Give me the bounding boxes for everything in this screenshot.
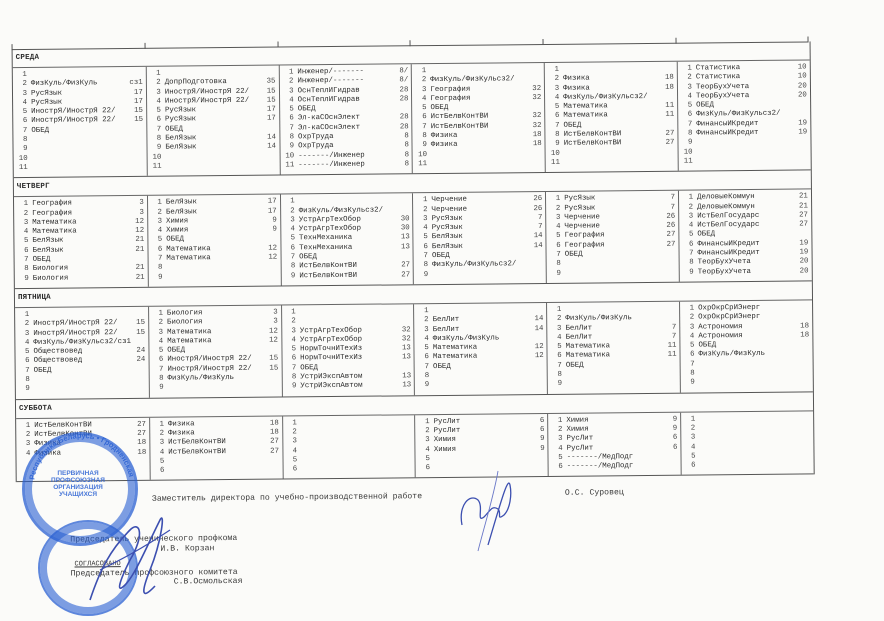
lesson-number: 3 <box>683 212 693 221</box>
lesson-number: 9 <box>151 144 161 153</box>
lesson-number: 2 <box>419 316 429 325</box>
room-number: 21 <box>136 273 145 282</box>
lesson-number: 11 <box>417 160 427 169</box>
subject-name: ОБЕД <box>698 341 716 349</box>
lesson-number: 5 <box>549 103 559 112</box>
subject-name: РусЛит <box>434 427 461 435</box>
room-number: 9 <box>272 216 277 225</box>
room-number: 14 <box>267 134 276 143</box>
lesson-number: 5 <box>285 235 295 244</box>
room-number: 27 <box>270 447 279 456</box>
room-number: 12 <box>135 227 144 236</box>
lesson-number: 5 <box>151 107 161 116</box>
lesson-row: 9 <box>418 270 543 280</box>
room-number: 12 <box>535 352 544 361</box>
room-number: 3 <box>139 208 144 217</box>
lesson-number: 4 <box>684 332 694 341</box>
lesson-number: 4 <box>418 224 428 233</box>
lesson-number: 6 <box>285 244 295 253</box>
subject-name: Черчение <box>564 223 600 231</box>
lesson-number: 5 <box>18 237 28 246</box>
lesson-number: 2 <box>286 318 296 327</box>
signature-deputy <box>450 465 530 555</box>
subject-name: Черчение <box>564 213 600 221</box>
room-number: 7 <box>671 203 676 212</box>
lesson-number: 2 <box>18 210 28 219</box>
subject-name: ИностpЯ/ИностpЯ 22/ <box>33 329 117 338</box>
lesson-number: 3 <box>550 214 560 223</box>
room-number: 11 <box>668 342 677 351</box>
subject-name: ИстБелвКонтВИ <box>299 262 357 271</box>
lesson-row: 9 <box>154 383 279 393</box>
lesson-number: 9 <box>153 273 163 282</box>
room-number: 12 <box>268 254 277 263</box>
lesson-number: 2 <box>685 424 695 433</box>
room-number: 12 <box>135 218 144 227</box>
lesson-number: 4 <box>553 444 563 453</box>
lesson-number: 9 <box>284 143 294 152</box>
lesson-number: 11 <box>151 163 161 172</box>
subject-name: БелЯзык <box>32 246 63 254</box>
lesson-row: 9 <box>685 378 810 388</box>
lesson-number: 4 <box>419 335 429 344</box>
subject-name: Математика <box>167 337 211 345</box>
lesson-number: 4 <box>416 95 426 104</box>
lesson-number: 6 <box>284 115 294 124</box>
room-number: 3 <box>273 308 278 317</box>
lesson-number: 8 <box>418 261 428 270</box>
lesson-number: 9 <box>286 383 296 392</box>
room-number: 18 <box>665 83 674 92</box>
room-number: 28 <box>400 95 409 104</box>
lesson-number: 5 <box>152 236 162 245</box>
lesson-number: 2 <box>17 80 27 89</box>
subject-name: Биология <box>167 319 203 327</box>
lesson-number: 5 <box>552 343 562 352</box>
lesson-number: 8 <box>685 370 695 379</box>
lesson-number: 9 <box>19 275 29 284</box>
subject-name: БелЯзык <box>166 208 197 216</box>
lesson-number: 5 <box>683 231 693 240</box>
lesson-number: 2 <box>151 79 161 88</box>
lesson-number: 6 <box>683 240 693 249</box>
lesson-number: 9 <box>418 271 428 280</box>
lesson-row: 6 <box>686 461 811 471</box>
subject-name: Физика <box>431 141 458 149</box>
subject-name: ОБЕД <box>432 252 450 260</box>
subject-name: Черчение <box>431 196 467 204</box>
lesson-number: 10 <box>151 153 161 162</box>
lesson-number: 4 <box>154 448 164 457</box>
group-cell: 12ФизКуль/ФизКульсз13РусЯзык174РусЯзык17… <box>13 67 147 178</box>
room-number: 8/ <box>399 77 408 86</box>
lesson-number: 8 <box>20 376 30 385</box>
subject-name: Обществовед <box>34 357 83 365</box>
subject-name: Физика <box>168 420 195 428</box>
subject-name: ФизКуль/ФизКульсз2/ <box>299 206 383 215</box>
subject-name: ДопрПодготовка <box>165 78 227 87</box>
subject-name: ОБЕД <box>33 256 51 264</box>
lesson-number: 3 <box>154 439 164 448</box>
group-cell: 1Инженер/-------8/2Инженер/-------8/3Осн… <box>278 64 412 175</box>
lesson-number: 5 <box>417 104 427 113</box>
room-number: 18 <box>270 428 279 437</box>
lesson-number: 10 <box>284 152 294 161</box>
lesson-number: 6 <box>152 245 162 254</box>
subject-name: ИстБелвКонтВИ <box>168 448 226 457</box>
subject-name: ТеорБухУчета <box>698 258 751 267</box>
subject-name: География <box>32 200 72 208</box>
lesson-number: 5 <box>17 108 27 117</box>
lesson-number: 9 <box>685 379 695 388</box>
lesson-number: 6 <box>682 111 692 120</box>
subject-name: ТеорБухУчета <box>698 268 751 277</box>
lesson-number: 5 <box>684 342 694 351</box>
subject-name: ФизКуль/ФизКуль <box>31 80 98 89</box>
lesson-number: 1 <box>285 198 295 207</box>
lesson-row: 11-------/Инженер8 <box>284 160 409 170</box>
room-number: 27 <box>666 231 675 240</box>
room-number: 20 <box>798 91 807 100</box>
lesson-row: 9 <box>419 380 544 390</box>
room-number: 14 <box>267 143 276 152</box>
group-cell: 123УстрАгрТехОбор324УстрАгрТехОбор325Нор… <box>281 304 415 396</box>
room-number: 17 <box>134 88 143 97</box>
room-number: 18 <box>533 140 542 149</box>
room-number: 7 <box>538 214 543 223</box>
lesson-number: 4 <box>17 99 27 108</box>
lesson-number: 11 <box>284 161 294 170</box>
lesson-number: 3 <box>18 219 28 228</box>
lesson-number: 1 <box>549 66 559 75</box>
lesson-number: 4 <box>284 96 294 105</box>
room-number: 8/ <box>399 67 408 76</box>
subject-name: Математика <box>433 353 477 361</box>
subject-name: Астрономия <box>698 323 742 331</box>
room-number: 27 <box>401 271 410 280</box>
lesson-number: 8 <box>284 133 294 142</box>
lesson-number: 6 <box>151 116 161 125</box>
room-number: 17 <box>268 207 277 216</box>
subject-name: ИстБелвКонтВИ <box>564 130 622 139</box>
subject-name: ОБЕД <box>563 121 581 129</box>
subject-name: ФизКуль/ФизКуль <box>433 334 500 343</box>
subject-name: ИностpЯ/ИностpЯ 22/ <box>33 319 117 328</box>
subject-name: Математика <box>566 352 610 360</box>
subject-name: УстрИЭкспАвтом <box>300 373 362 382</box>
room-number: 15 <box>134 107 143 116</box>
subject-name: ДеловыеКоммун <box>697 203 755 212</box>
lesson-row: 11 <box>417 159 542 169</box>
subject-name: ОБЕД <box>31 127 49 135</box>
room-number: 20 <box>800 258 809 267</box>
lesson-number: 2 <box>152 208 162 217</box>
subject-name: Математика <box>32 218 76 226</box>
subject-name: География <box>565 232 605 240</box>
room-number: 21 <box>135 246 144 255</box>
lesson-number: 3 <box>549 84 559 93</box>
lesson-number: 1 <box>17 71 27 80</box>
lesson-number: 3 <box>285 216 295 225</box>
subject-name: ФизКуль/ФизКуль <box>698 350 765 359</box>
lesson-row: 11 <box>550 158 675 168</box>
lesson-number: 9 <box>417 141 427 150</box>
subject-name: ИностpЯ/ИностpЯ 22/ <box>31 107 115 116</box>
lesson-number: 5 <box>418 234 428 243</box>
lesson-number: 6 <box>418 243 428 252</box>
subject-name: РусЯзык <box>31 89 62 97</box>
room-number: 27 <box>799 221 808 230</box>
room-number: 7 <box>538 223 543 232</box>
subject-name: ФизКуль/ФизКульсз2/ <box>430 76 514 85</box>
subject-name: Статистика <box>696 73 740 81</box>
lesson-number: 6 <box>417 114 427 123</box>
lesson-number: 3 <box>416 86 426 95</box>
lesson-number: 1 <box>685 415 695 424</box>
room-number: 6 <box>673 434 678 443</box>
lesson-number: 10 <box>18 155 28 164</box>
subject-name: БелЯзык <box>432 233 463 241</box>
room-number: 19 <box>799 249 808 258</box>
room-number: 14 <box>535 325 544 334</box>
lesson-number: 6 <box>153 356 163 365</box>
room-number: 32 <box>402 335 411 344</box>
subject-name: Биология <box>33 274 69 282</box>
room-number: 7 <box>672 333 677 342</box>
lesson-number: 7 <box>417 123 427 132</box>
lesson-number: 5 <box>286 346 296 355</box>
group-cell: 1РусЯзык72РусЯзык73Черчение264Черчение26… <box>545 191 679 283</box>
lesson-number: 7 <box>152 255 162 264</box>
room-number: 27 <box>666 139 675 148</box>
lesson-number: 7 <box>151 125 161 134</box>
lesson-number: 3 <box>152 218 162 227</box>
subject-name: ИстБелвКонтВИ <box>564 140 622 149</box>
lesson-row: 9 <box>552 379 677 389</box>
subject-name: РусЛит <box>434 417 461 425</box>
lesson-number: 2 <box>682 74 692 83</box>
subject-name: Черчение <box>431 205 467 213</box>
room-number: 17 <box>267 106 276 115</box>
lesson-number: 8 <box>19 265 29 274</box>
room-number: 8 <box>404 142 409 151</box>
lesson-number: 10 <box>683 148 693 157</box>
room-number: 12 <box>269 327 278 336</box>
subject-name: РусЯзык <box>31 99 62 107</box>
lesson-number: 1 <box>684 304 694 313</box>
lesson-number: 3 <box>17 90 27 99</box>
lesson-number: 2 <box>283 78 293 87</box>
lesson-number: 7 <box>284 124 294 133</box>
lesson-number: 2 <box>153 319 163 328</box>
lesson-row: 9ИстБелвКонтВИ27 <box>285 271 410 281</box>
room-number: 18 <box>800 322 809 331</box>
lesson-number: 8 <box>151 135 161 144</box>
day-block: ПЯТНИЦА12ИностpЯ/ИностpЯ 22/153ИностpЯ/И… <box>15 281 813 399</box>
subject-name: ОБЕД <box>166 236 184 244</box>
lesson-number: 4 <box>685 443 695 452</box>
subject-name: БелЯзык <box>165 134 196 142</box>
subject-name: НормТочнИТехИз <box>300 354 362 363</box>
lesson-number: 9 <box>419 381 429 390</box>
lesson-number: 7 <box>419 363 429 372</box>
lesson-row: 6 <box>154 466 279 476</box>
lesson-number: 6 <box>553 463 563 472</box>
lesson-number: 1 <box>152 199 162 208</box>
room-number: 27 <box>270 438 279 447</box>
subject-name: ОснТеплИГидрав <box>298 96 360 105</box>
lesson-number: 2 <box>416 76 426 85</box>
deputy-director-label: Заместитель директора по учебно-производ… <box>152 492 422 504</box>
subject-name: Химия <box>566 425 588 433</box>
subject-name: ИстБелГосударс <box>697 221 759 230</box>
lesson-number: 5 <box>685 452 695 461</box>
room-number: 27 <box>667 240 676 249</box>
subject-name: БелЛит <box>565 324 592 332</box>
subject-name: НормТочнИТехИз <box>300 345 362 354</box>
subject-name: РусЯзык <box>432 224 463 232</box>
group-cell: 1ОхрОкрСрИЭнерг2ОхрОкрСрИЭнерг3Астрономи… <box>679 300 813 392</box>
lesson-number: 3 <box>420 436 430 445</box>
lesson-number: 1 <box>417 196 427 205</box>
lesson-number: 4 <box>152 227 162 236</box>
subject-name: Эл-каСОснЭлект <box>298 114 360 123</box>
lesson-number: 4 <box>549 94 559 103</box>
room-number: 30 <box>401 215 410 224</box>
subject-name: ОБЕД <box>298 105 316 113</box>
subject-name: БелЯзык <box>165 144 196 152</box>
subject-name: ИстБелвКонтВИ <box>431 113 489 122</box>
subject-name: Математика <box>433 344 477 352</box>
lesson-number: 1 <box>552 416 562 425</box>
room-number: 9 <box>272 226 277 235</box>
lesson-number: 7 <box>552 362 562 371</box>
room-number: 15 <box>269 355 278 364</box>
room-number: 32 <box>533 122 542 131</box>
lesson-row: 11 <box>151 162 276 172</box>
subject-name: Математика <box>566 342 610 350</box>
subject-name: ФизКуль/ФизКульсз2/ <box>696 110 780 119</box>
lesson-number: 3 <box>682 83 692 92</box>
lesson-number: 7 <box>549 122 559 131</box>
lesson-number: 1 <box>420 418 430 427</box>
lesson-number: 7 <box>20 367 30 376</box>
subject-name: -------/Инженер <box>298 151 365 160</box>
lesson-number: 5 <box>154 457 164 466</box>
lesson-number: 3 <box>419 326 429 335</box>
lesson-number: 2 <box>287 428 297 437</box>
group-cell: 12Физика183Физика184ФизКуль/ФизКульсз2/5… <box>544 62 678 173</box>
lesson-row: 9УстрИЭкспАвтом13 <box>286 382 411 392</box>
subject-name: ИностpЯ/ИностpЯ 22/ <box>165 97 249 106</box>
lesson-row: 6-------/МедПодг <box>553 462 678 472</box>
subject-name: Эл-каСОснЭлект <box>298 124 360 133</box>
room-number: 32 <box>532 85 541 94</box>
lesson-number: 3 <box>685 434 695 443</box>
lesson-number: 6 <box>20 357 30 366</box>
subject-name: Химия <box>166 227 188 235</box>
lesson-number: 3 <box>286 327 296 336</box>
subject-name: ИстБелвКонтВИ <box>431 122 489 131</box>
lesson-number: 5 <box>287 456 297 465</box>
lesson-number: 2 <box>19 320 29 329</box>
lesson-number: 6 <box>286 355 296 364</box>
subject-name: ОБЕД <box>34 366 52 374</box>
room-number: 11 <box>668 351 677 360</box>
subject-name: Биология <box>167 309 203 317</box>
lesson-number: 7 <box>684 250 694 259</box>
subject-name: ИстБелвКонтВИ <box>168 438 226 447</box>
lesson-number: 8 <box>684 259 694 268</box>
lesson-number: 10 <box>417 151 427 160</box>
lesson-number: 1 <box>287 419 297 428</box>
group-cell: 12ДопрПодготовка353ИностpЯ/ИностpЯ 22/15… <box>146 66 280 177</box>
lesson-number: 4 <box>683 222 693 231</box>
room-number: 8 <box>404 132 409 141</box>
subject-name: Статистика <box>696 64 740 72</box>
schedule-table: СРЕДА12ФизКуль/ФизКульсз13РусЯзык174РусЯ… <box>12 41 815 482</box>
group-cell: 12ФизКуль/ФизКульсз2/3География324Геогра… <box>411 63 545 174</box>
lesson-number: 4 <box>552 334 562 343</box>
subject-name: УстрАгрТехОбор <box>299 216 361 225</box>
lesson-number: 3 <box>19 329 29 338</box>
group-cell: 123456 <box>282 415 415 479</box>
subject-name: Математика <box>563 103 607 111</box>
lesson-number: 6 <box>686 462 696 471</box>
lesson-number: 1 <box>286 308 296 317</box>
lesson-number: 2 <box>684 314 694 323</box>
lesson-number: 4 <box>682 92 692 101</box>
room-number: 14 <box>534 315 543 324</box>
lesson-number: 8 <box>285 263 295 272</box>
subject-name: Биология <box>33 265 69 273</box>
lesson-number: 2 <box>551 315 561 324</box>
lesson-number: 2 <box>549 75 559 84</box>
subject-name: БелЛит <box>566 333 593 341</box>
lesson-number: 5 <box>284 106 294 115</box>
room-number: 13 <box>402 354 411 363</box>
lesson-number: 1 <box>18 200 28 209</box>
subject-name: -------/МедПодг <box>567 462 634 471</box>
subject-name: Физика <box>431 132 458 140</box>
subject-name: Инженер/------- <box>297 77 364 86</box>
subject-name: ОБЕД <box>433 363 451 371</box>
room-number: 15 <box>134 116 143 125</box>
lesson-number: 11 <box>683 158 693 167</box>
subject-name: УстрАгрТехОбор <box>299 225 361 234</box>
lesson-number: 8 <box>551 260 561 269</box>
room-number: 21 <box>799 202 808 211</box>
group-cell: 1Физика182Физика183ИстБелвКонтВИ274ИстБе… <box>149 416 282 480</box>
room-number: 26 <box>666 222 675 231</box>
room-number: 19 <box>798 129 807 138</box>
lesson-number: 6 <box>684 351 694 360</box>
room-number: 20 <box>800 267 809 276</box>
subject-name: ОхрОкрСрИЭнерг <box>698 304 760 313</box>
subject-name: Химия <box>434 436 456 444</box>
subject-name: ФизКуль/ФизКульсз2/сз1 <box>33 338 131 347</box>
lesson-number: 9 <box>285 272 295 281</box>
room-number: 14 <box>534 232 543 241</box>
lesson-number: 5 <box>551 232 561 241</box>
lesson-number: 4 <box>420 446 430 455</box>
subject-name: ФинансыИКредит <box>698 249 760 258</box>
lesson-number: 3 <box>684 323 694 332</box>
room-number: 12 <box>535 343 544 352</box>
subject-name: ОБЕД <box>299 253 317 261</box>
room-number: 11 <box>665 111 674 120</box>
room-number: сз1 <box>129 79 142 88</box>
